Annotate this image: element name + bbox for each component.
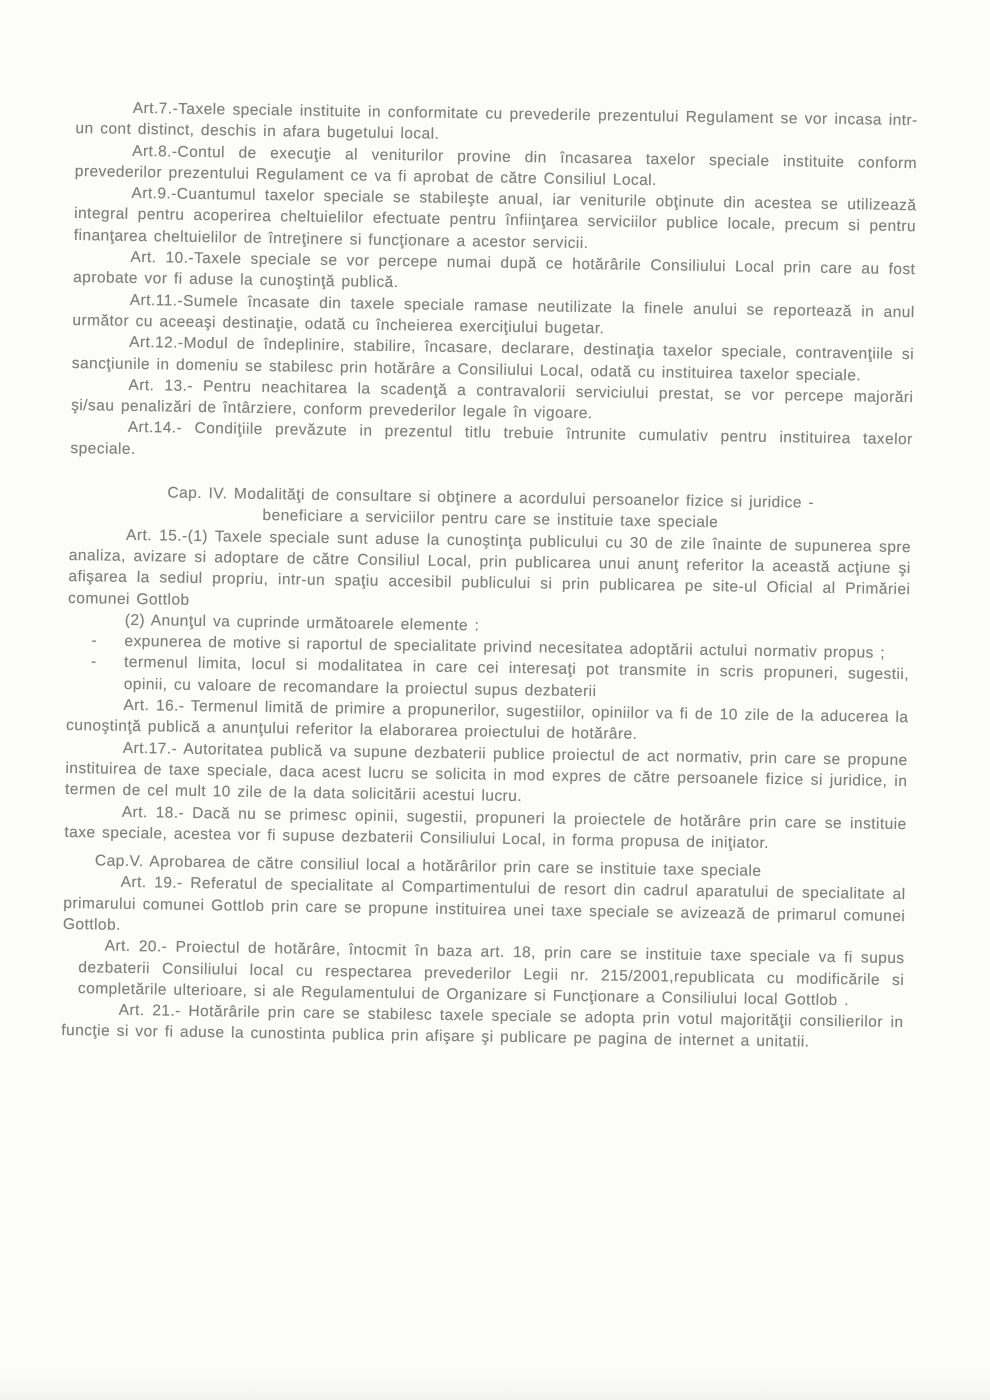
paragraph-art15: Art. 15.-(1) Taxele speciale sunt aduse … xyxy=(68,524,911,622)
bullet-dash: - xyxy=(91,630,124,652)
text-content: Art.7.-Taxele speciale instituite in con… xyxy=(61,97,918,1055)
bullet-dash: - xyxy=(91,652,125,695)
document-page: Art.7.-Taxele speciale instituite in con… xyxy=(0,0,990,1400)
